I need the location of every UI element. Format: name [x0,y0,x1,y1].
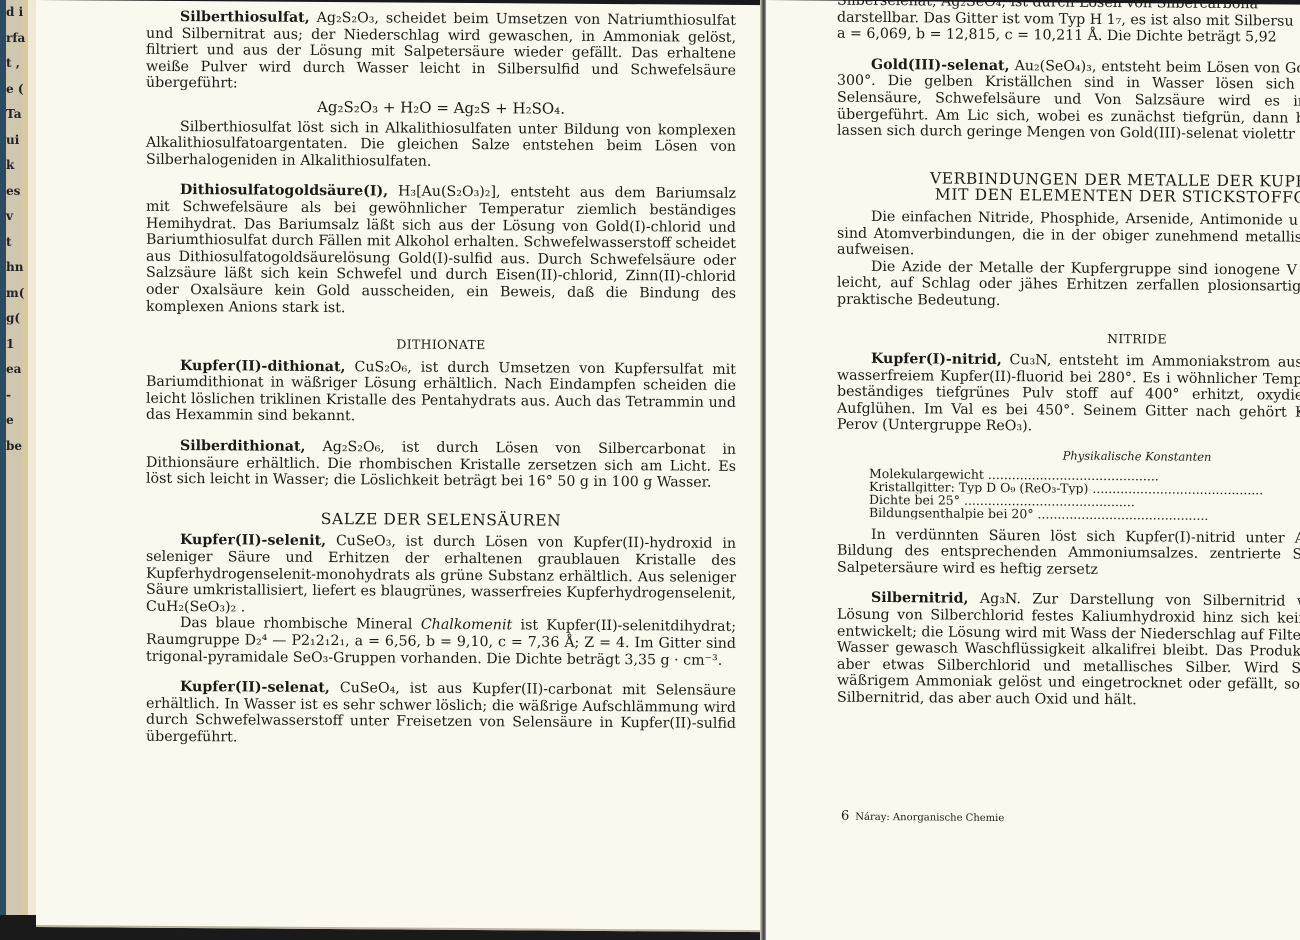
edge-fragment: v [0,204,36,230]
reaction-equation: Ag₂S₂O₃ + H₂O = Ag₂S + H₂SO₄. [146,98,736,119]
chemical-formula: Cu₃N [1010,352,1047,368]
chemical-formula: CuSeO₄ [340,680,395,696]
right-text-column: Silberselenat, Ag₂SeO₄, ist durch Lösen … [837,5,1300,712]
entry-title: Kupfer(II)-dithionat, [180,358,345,375]
chemical-formula: Ag₃N [980,591,1017,607]
edge-fragment: g( [0,306,36,332]
book-title: Náray: Anorganische Chemie [855,812,1004,824]
table-row: Bildungsenthalpie bei 20° ..............… [869,506,1300,524]
paragraph-gold-selenat: Gold(III)-selenat, Au₂(SeO₄)₃, entsteht … [837,56,1300,144]
paragraph-silberthiosulfat: Silberthiosulfat, Ag₂S₂O₃, scheidet beim… [146,9,736,96]
edge-fragment: t [0,230,36,256]
edge-fragment: rfa [0,26,36,52]
edge-fragment: m( [0,281,36,307]
entry-title: Silbernitrid, [871,590,968,607]
entry-title: Silberthiosulfat, [180,9,310,26]
chemical-formula: Ag₂S₂O₆ [323,439,381,455]
signature-footer: 6Náray: Anorganische Chemie [841,809,1004,825]
paragraph-text: , entsteht aus dem Bariumsalz mit Schwef… [146,185,736,316]
paragraph-intro-nitride: Die einfachen Nitride, Phosphide, Arseni… [837,209,1300,264]
paragraph-dithiosulfatogoldsaeure: Dithiosulfatogoldsäure(I), H₃[Au(S₂O₃)₂]… [146,182,736,319]
edge-fragment: Ta [0,102,36,128]
entry-title: Kupfer(II)-selenit, [180,532,326,549]
paragraph-kupfer-nitrid: Kupfer(I)-nitrid, Cu₃N, entsteht im Ammo… [837,351,1300,439]
edge-fragment: d i [0,0,36,26]
edge-fragment: e [0,408,36,434]
paragraph-intro-azide: Die Azide der Metalle der Kupfergruppe s… [837,258,1300,313]
constant-value: −17,8 kcal · [1263,509,1300,523]
edge-fragment: ui [0,128,36,154]
entry-title: Gold(III)-selenat, [871,57,1010,74]
entry-title: Kupfer(I)-nitrid, [871,351,1002,368]
paragraph-silbernitrid: Silbernitrid, Ag₃N. Zur Darstellung von … [837,590,1300,711]
edge-fragment: k [0,153,36,179]
constant-label: Bildungsenthalpie bei 20° ..............… [869,506,1263,522]
heading-verbindungen-line2: MIT DEN ELEMENTEN DER STICKSTOFFGRUI [837,186,1300,208]
paragraph-chalkomenit: Das blaue rhombische Mineral Chalkomenit… [146,615,736,669]
paragraph-kupfer-selenit: Kupfer(II)-selenit, CuSeO₃, ist durch Lö… [146,532,736,619]
chemical-formula: Au₂(SeO₄)₃ [1015,58,1092,75]
signature-number: 6 [841,809,849,824]
text-line: a = 6,069, b = 12,815, c = 10,211 Å. Die… [837,26,1300,48]
chemical-formula: H₃[Au(S₂O₃)₂] [398,184,496,201]
paragraph-text: . Zur Darstellung von Silbernitrid wird … [837,592,1300,709]
entry-title: Silberdithionat, [180,438,305,455]
left-text-column: Silberthiosulfat, Ag₂S₂O₃, scheidet beim… [146,9,736,750]
heading-salze-der-selensaeuren: SALZE DER SELENSÄUREN [146,510,736,531]
heading-dithionate: DITHIONATE [146,335,736,356]
edge-fragment: hn [0,255,36,281]
paragraph-text: Das blaue rhombische Mineral [180,615,421,633]
edge-fragment: be [0,434,36,460]
paragraph-after-constants: In verdünnten Säuren löst sich Kupfer(I)… [837,526,1300,581]
paragraph-kupfer-dithionat: Kupfer(II)-dithionat, CuS₂O₆, ist durch … [146,357,736,427]
mineral-name: Chalkomenit [421,617,512,634]
paragraph-silberdithionat: Silberdithionat, Ag₂S₂O₆, ist durch Löse… [146,438,736,492]
constants-table-title: Physikalische Konstanten [837,446,1300,468]
chemical-formula: CuSeO₃ [336,534,391,550]
edge-fragment: t , [0,51,36,77]
left-page: Silberthiosulfat, Ag₂S₂O₃, scheidet beim… [36,0,764,932]
right-page: Silberselenat, Ag₂SeO₄, ist durch Lösen … [766,0,1300,940]
entry-title: Dithiosulfatogoldsäure(I), [180,182,388,199]
entry-title: Kupfer(II)-selenat, [180,679,330,696]
chemical-formula: CuS₂O₆ [355,359,408,375]
edge-fragment: es [0,179,36,205]
edge-fragment: ea [0,357,36,383]
edge-fragment: 1 [0,332,36,358]
previous-page-edge: d i rfa t , e ( Ta ui k es v t hn m( g( … [0,0,36,915]
constants-table: Molekulargewicht .......................… [869,467,1300,524]
paragraph-silberthiosulfat-2: Silberthiosulfat löst sich in Alkalithio… [146,118,736,172]
edge-fragment: e ( [0,77,36,103]
heading-nitride: NITRIDE [837,328,1300,350]
paragraph-kupfer-selenat: Kupfer(II)-selenat, CuSeO₄, ist aus Kupf… [146,679,736,749]
chemical-formula: Ag₂S₂O₃ [317,10,375,26]
edge-fragment: - [0,383,36,409]
